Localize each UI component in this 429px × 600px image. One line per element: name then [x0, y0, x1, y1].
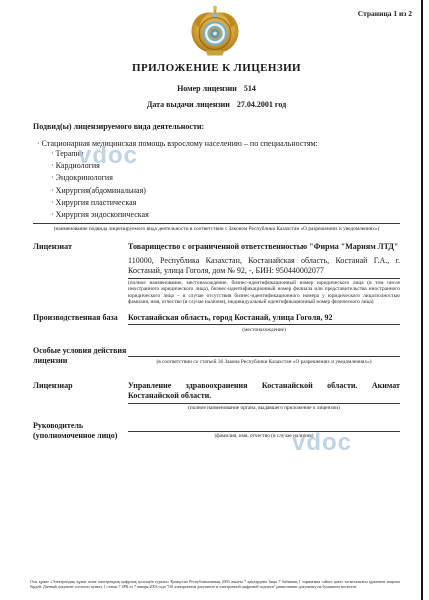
license-number-line: Номер лицензии514 [33, 84, 400, 93]
specialty-item: Хирургия пластическая [51, 197, 400, 209]
specialty-item: Хирургия(абдоминальная) [51, 185, 400, 197]
subtypes-caption: (наименование подвида лицензируемого вид… [33, 226, 400, 232]
licensee-address: 110000, Республика Казахстан, Костанайск… [128, 256, 400, 276]
special-conditions-label: Особые условия действия лицензии [33, 346, 128, 366]
licensor-row: Лицензиар Управление здравоохранения Кос… [33, 381, 400, 412]
licensor-value: Управление здравоохранения Костанайской … [128, 381, 400, 401]
licensee-rule [128, 278, 400, 279]
licensor-label: Лицензиар [33, 381, 128, 412]
production-base-rule [128, 324, 400, 325]
head-label: Руководитель (уполномоченное лицо) [33, 421, 128, 441]
specialty-item: Хирургия эндоскопическая [51, 209, 400, 221]
specialty-item: Кардиология [51, 160, 400, 172]
specialty-item: Эндокринология [51, 172, 400, 184]
licensee-row: Лицензиат Товарищество с ограниченной от… [33, 242, 400, 306]
production-base-row: Производственная база Костанайская облас… [33, 313, 400, 334]
document-title: ПРИЛОЖЕНИЕ К ЛИЦЕНЗИИ [33, 62, 400, 74]
production-base-value: Костанайская область, город Костанай, ул… [128, 313, 400, 323]
licensee-caption: (полное наименование, местонахождение, б… [128, 280, 400, 306]
head-signature-line [128, 431, 400, 432]
issue-date-line: Дата выдачи лицензии27.04.2001 год [33, 100, 400, 109]
special-conditions-rule [128, 356, 400, 357]
licensor-caption: (полное наименование органа, выдавшего п… [128, 405, 400, 411]
license-number-value: 514 [244, 84, 256, 93]
licensor-rule [128, 403, 400, 404]
production-base-caption: (местонахождение) [128, 327, 400, 333]
license-appendix-document: ПРИЛОЖЕНИЕ К ЛИЦЕНЗИИ Номер лицензии514 … [0, 0, 429, 441]
issue-date-label: Дата выдачи лицензии [147, 100, 230, 109]
special-conditions-caption: (в соответствии со статьей 36 Закона Рес… [128, 359, 400, 365]
head-caption: (фамилия, имя, отчество (в случае наличи… [128, 433, 400, 439]
licensee-name: Товарищество с ограниченной ответственно… [128, 242, 400, 252]
production-base-label: Производственная база [33, 313, 128, 334]
specialty-list: ТерапияКардиологияЭндокринологияХирургия… [51, 148, 400, 221]
specialty-item: Терапия [51, 148, 400, 160]
licensee-label: Лицензиат [33, 242, 128, 306]
subtypes-rule [33, 223, 400, 224]
subtypes-heading: Подвид(ы) лицензируемого вида деятельнос… [33, 122, 400, 131]
legal-footer-text: Осы құжат «Электрондық құжат және электр… [30, 579, 400, 589]
issue-date-value: 27.04.2001 год [237, 100, 286, 109]
head-row: Руководитель (уполномоченное лицо) (фами… [33, 421, 400, 441]
subtypes-intro: Стационарная медицинская помощь взрослом… [33, 139, 400, 148]
license-number-label: Номер лицензии [177, 84, 237, 93]
special-conditions-row: Особые условия действия лицензии (в соот… [33, 346, 400, 366]
